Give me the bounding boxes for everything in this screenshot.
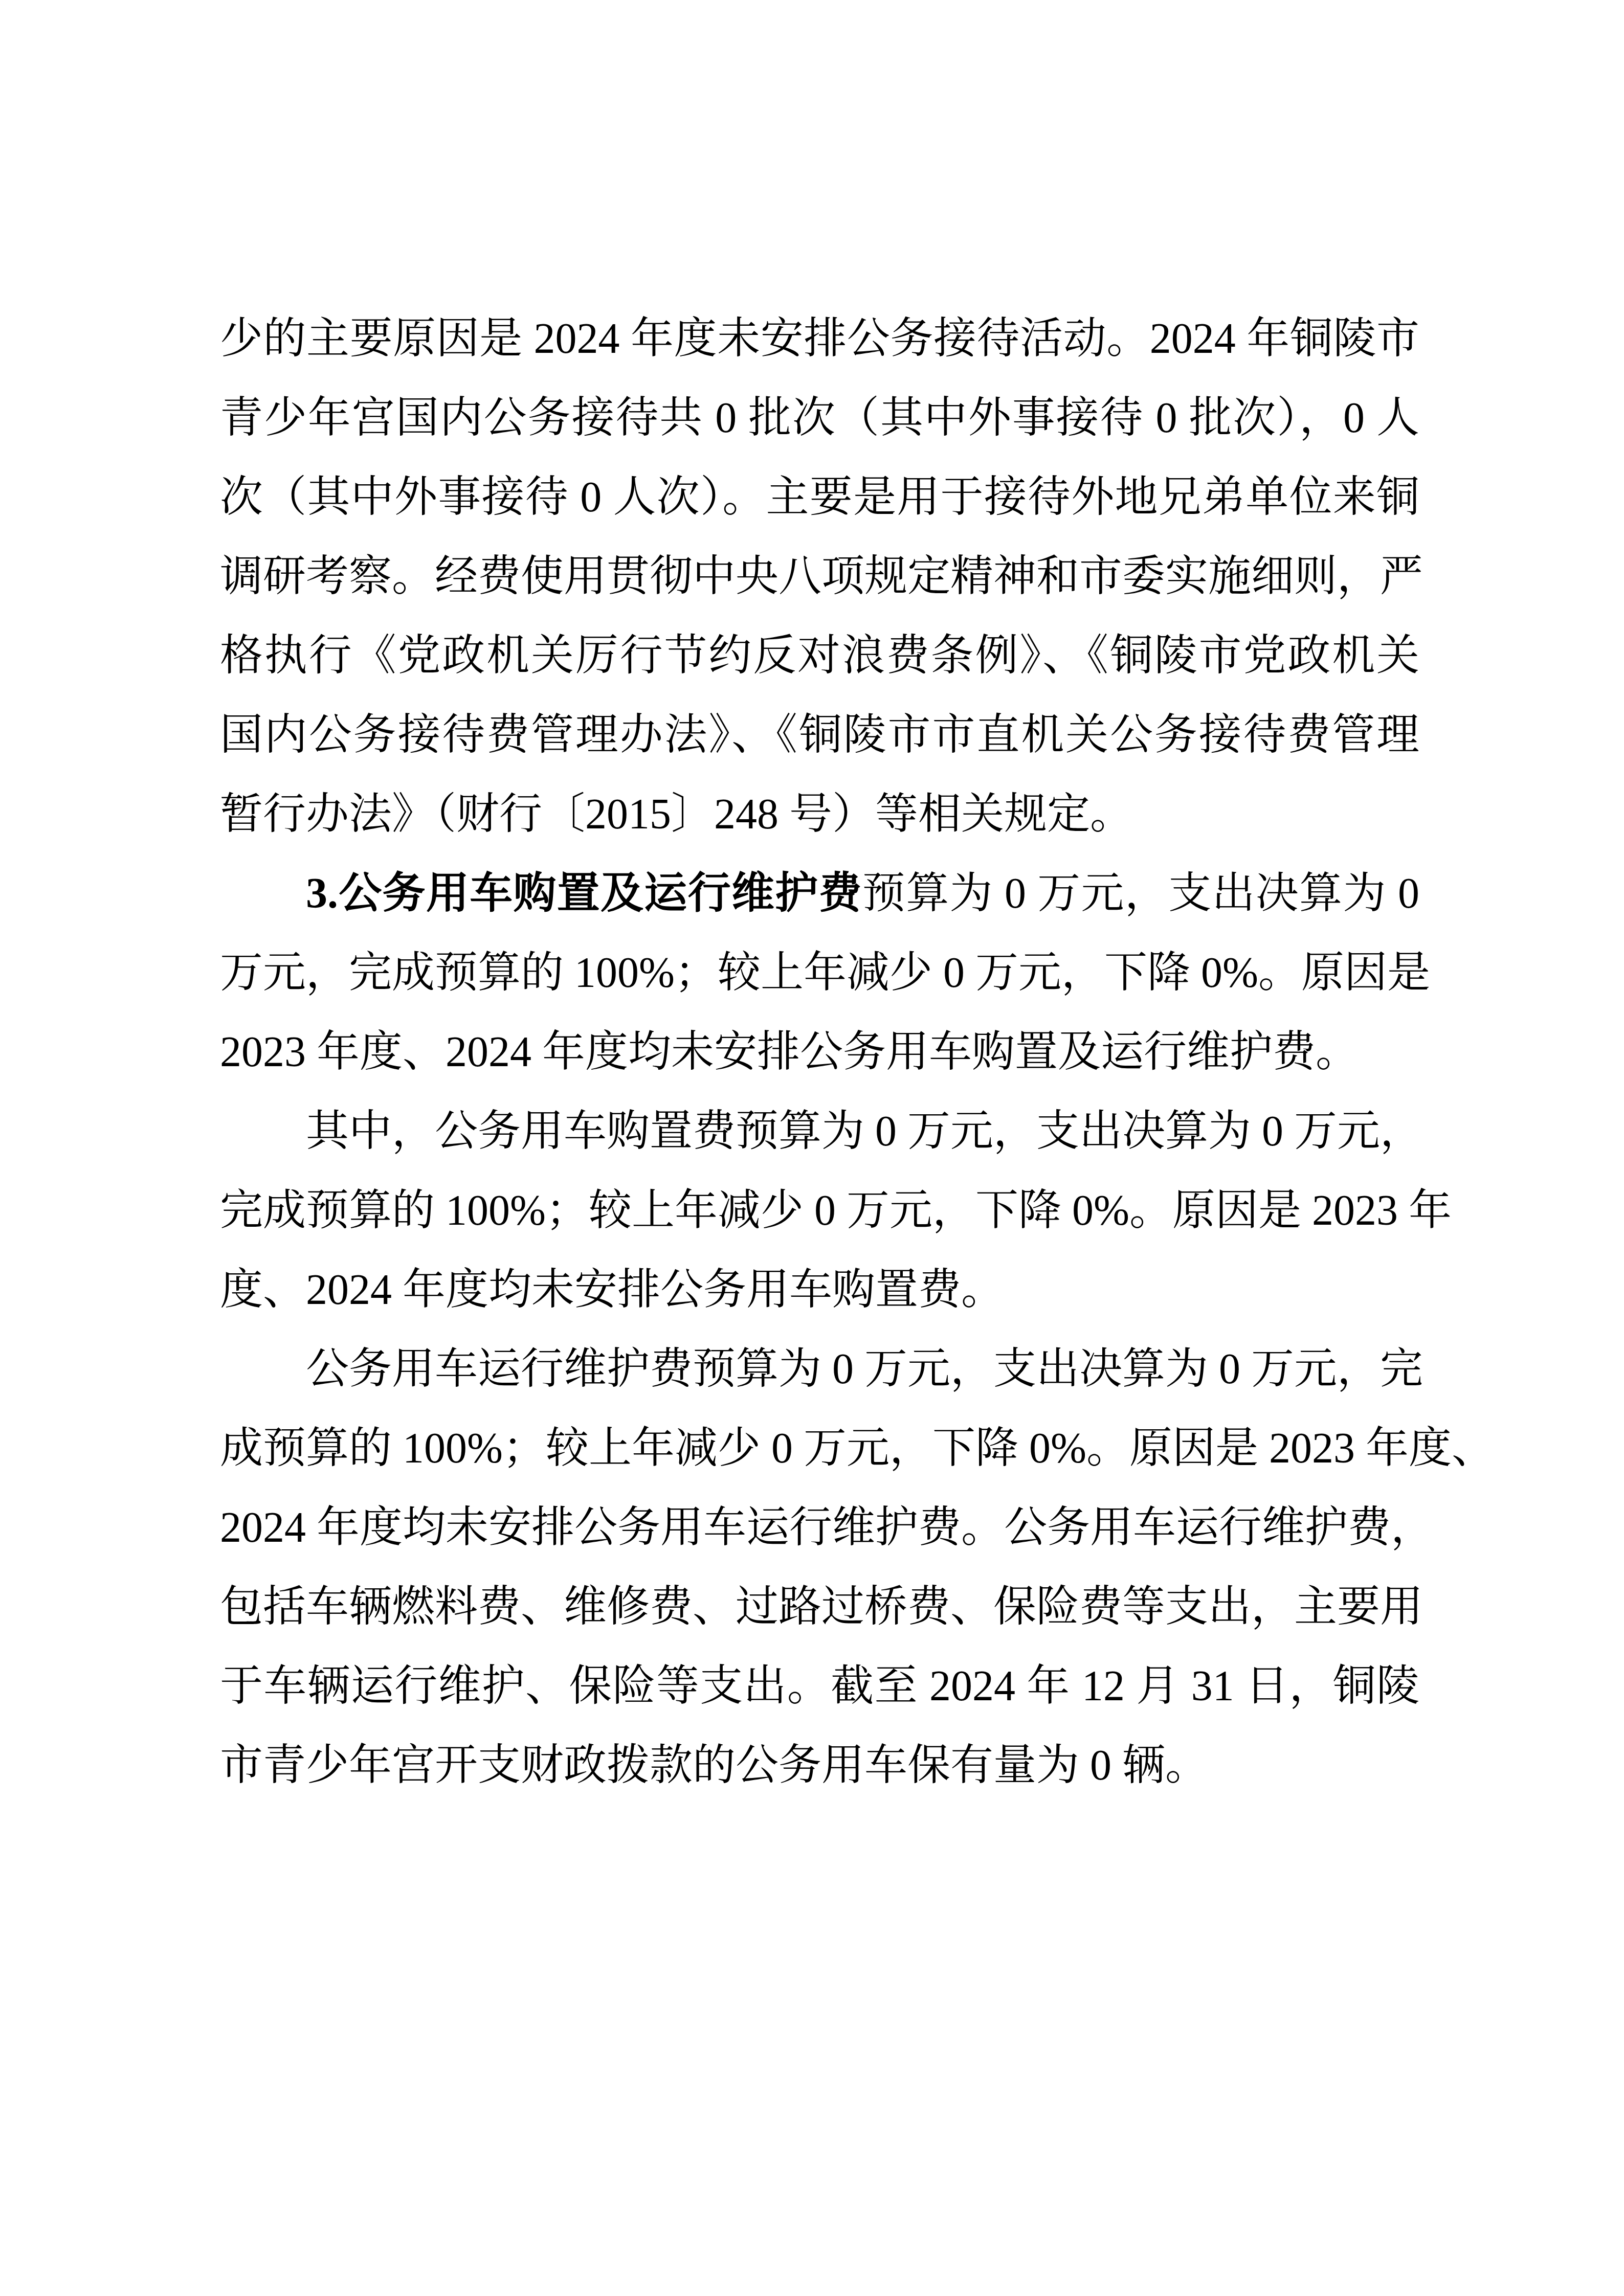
text-run: 市青少年宫开支财政拨款的公务用车保有量为 0 辆。 [220,1742,1208,1789]
text-run: 2024 年度均未安排公务用车运行维护费。公务用车运行维护费， [220,1504,1434,1551]
text-line: 成预算的 100%；较上年减少 0 万元，下降 0%。原因是 2023 年度、 [220,1409,1419,1488]
text-run: 度、2024 年度均未安排公务用车购置费。 [220,1266,1004,1314]
text-block: 少的主要原因是 2024 年度未安排公务接待活动。2024 年铜陵市青少年宫国内… [220,299,1419,1805]
text-line: 格执行《党政机关厉行节约反对浪费条例》、《铜陵市党政机关 [220,616,1419,695]
text-line: 度、2024 年度均未安排公务用车购置费。 [220,1250,1419,1330]
text-run: 包括车辆燃料费、维修费、过路过桥费、保险费等支出，主要用 [220,1583,1423,1631]
text-run: 于车辆运行维护、保险等支出。截至 2024 年 12 月 31 日，铜陵 [220,1662,1419,1710]
text-line: 3.公务用车购置及运行维护费预算为 0 万元，支出决算为 0 [220,854,1419,933]
text-run: 暂行办法》（财行〔2015〕248 号）等相关规定。 [220,791,1133,838]
text-line: 公务用车运行维护费预算为 0 万元，支出决算为 0 万元，完 [220,1330,1419,1409]
text-run: 2023 年度、2024 年度均未安排公务用车购置及运行维护费。 [220,1028,1359,1076]
text-run: 成预算的 100%；较上年减少 0 万元，下降 0%。原因是 2023 年度、 [220,1425,1495,1472]
text-line: 于车辆运行维护、保险等支出。截至 2024 年 12 月 31 日，铜陵 [220,1647,1419,1726]
bold-text-run: 3.公务用车购置及运行维护费 [306,870,862,917]
text-line: 次（其中外事接待 0 人次）。主要是用于接待外地兄弟单位来铜 [220,458,1419,537]
text-line: 2024 年度均未安排公务用车运行维护费。公务用车运行维护费， [220,1488,1419,1567]
text-run: 完成预算的 100%；较上年减少 0 万元，下降 0%。原因是 2023 年 [220,1187,1452,1234]
text-line: 国内公务接待费管理办法》、《铜陵市市直机关公务接待费管理 [220,695,1419,775]
text-run: 公务用车运行维护费预算为 0 万元，支出决算为 0 万元，完 [306,1345,1423,1393]
text-run: 调研考察。经费使用贯彻中央八项规定精神和市委实施细则，严 [220,553,1423,600]
text-line: 市青少年宫开支财政拨款的公务用车保有量为 0 辆。 [220,1726,1419,1805]
text-run: 次（其中外事接待 0 人次）。主要是用于接待外地兄弟单位来铜 [220,474,1419,521]
document-page: 少的主要原因是 2024 年度未安排公务接待活动。2024 年铜陵市青少年宫国内… [0,0,1624,2296]
text-line: 调研考察。经费使用贯彻中央八项规定精神和市委实施细则，严 [220,537,1419,616]
text-line: 其中，公务用车购置费预算为 0 万元，支出决算为 0 万元， [220,1092,1419,1171]
text-line: 少的主要原因是 2024 年度未安排公务接待活动。2024 年铜陵市 [220,299,1419,378]
paragraph-4: 公务用车运行维护费预算为 0 万元，支出决算为 0 万元，完成预算的 100%；… [220,1330,1419,1805]
text-run: 其中，公务用车购置费预算为 0 万元，支出决算为 0 万元， [306,1108,1423,1155]
text-line: 包括车辆燃料费、维修费、过路过桥费、保险费等支出，主要用 [220,1567,1419,1647]
text-line: 2023 年度、2024 年度均未安排公务用车购置及运行维护费。 [220,1012,1419,1092]
text-run: 少的主要原因是 2024 年度未安排公务接待活动。2024 年铜陵市 [220,315,1419,363]
paragraph-1: 少的主要原因是 2024 年度未安排公务接待活动。2024 年铜陵市青少年宫国内… [220,299,1419,854]
text-line: 完成预算的 100%；较上年减少 0 万元，下降 0%。原因是 2023 年 [220,1171,1419,1250]
paragraph-2: 3.公务用车购置及运行维护费预算为 0 万元，支出决算为 0万元，完成预算的 1… [220,854,1419,1092]
text-run: 青少年宫国内公务接待共 0 批次（其中外事接待 0 批次），0 人 [220,394,1419,442]
text-run: 万元，完成预算的 100%；较上年减少 0 万元，下降 0%。原因是 [220,949,1430,997]
text-line: 青少年宫国内公务接待共 0 批次（其中外事接待 0 批次），0 人 [220,378,1419,458]
text-run: 预算为 0 万元，支出决算为 0 [862,870,1419,917]
paragraph-3: 其中，公务用车购置费预算为 0 万元，支出决算为 0 万元，完成预算的 100%… [220,1092,1419,1330]
text-run: 格执行《党政机关厉行节约反对浪费条例》、《铜陵市党政机关 [220,632,1419,680]
text-line: 万元，完成预算的 100%；较上年减少 0 万元，下降 0%。原因是 [220,933,1419,1012]
text-line: 暂行办法》（财行〔2015〕248 号）等相关规定。 [220,775,1419,854]
text-run: 国内公务接待费管理办法》、《铜陵市市直机关公务接待费管理 [220,711,1419,759]
